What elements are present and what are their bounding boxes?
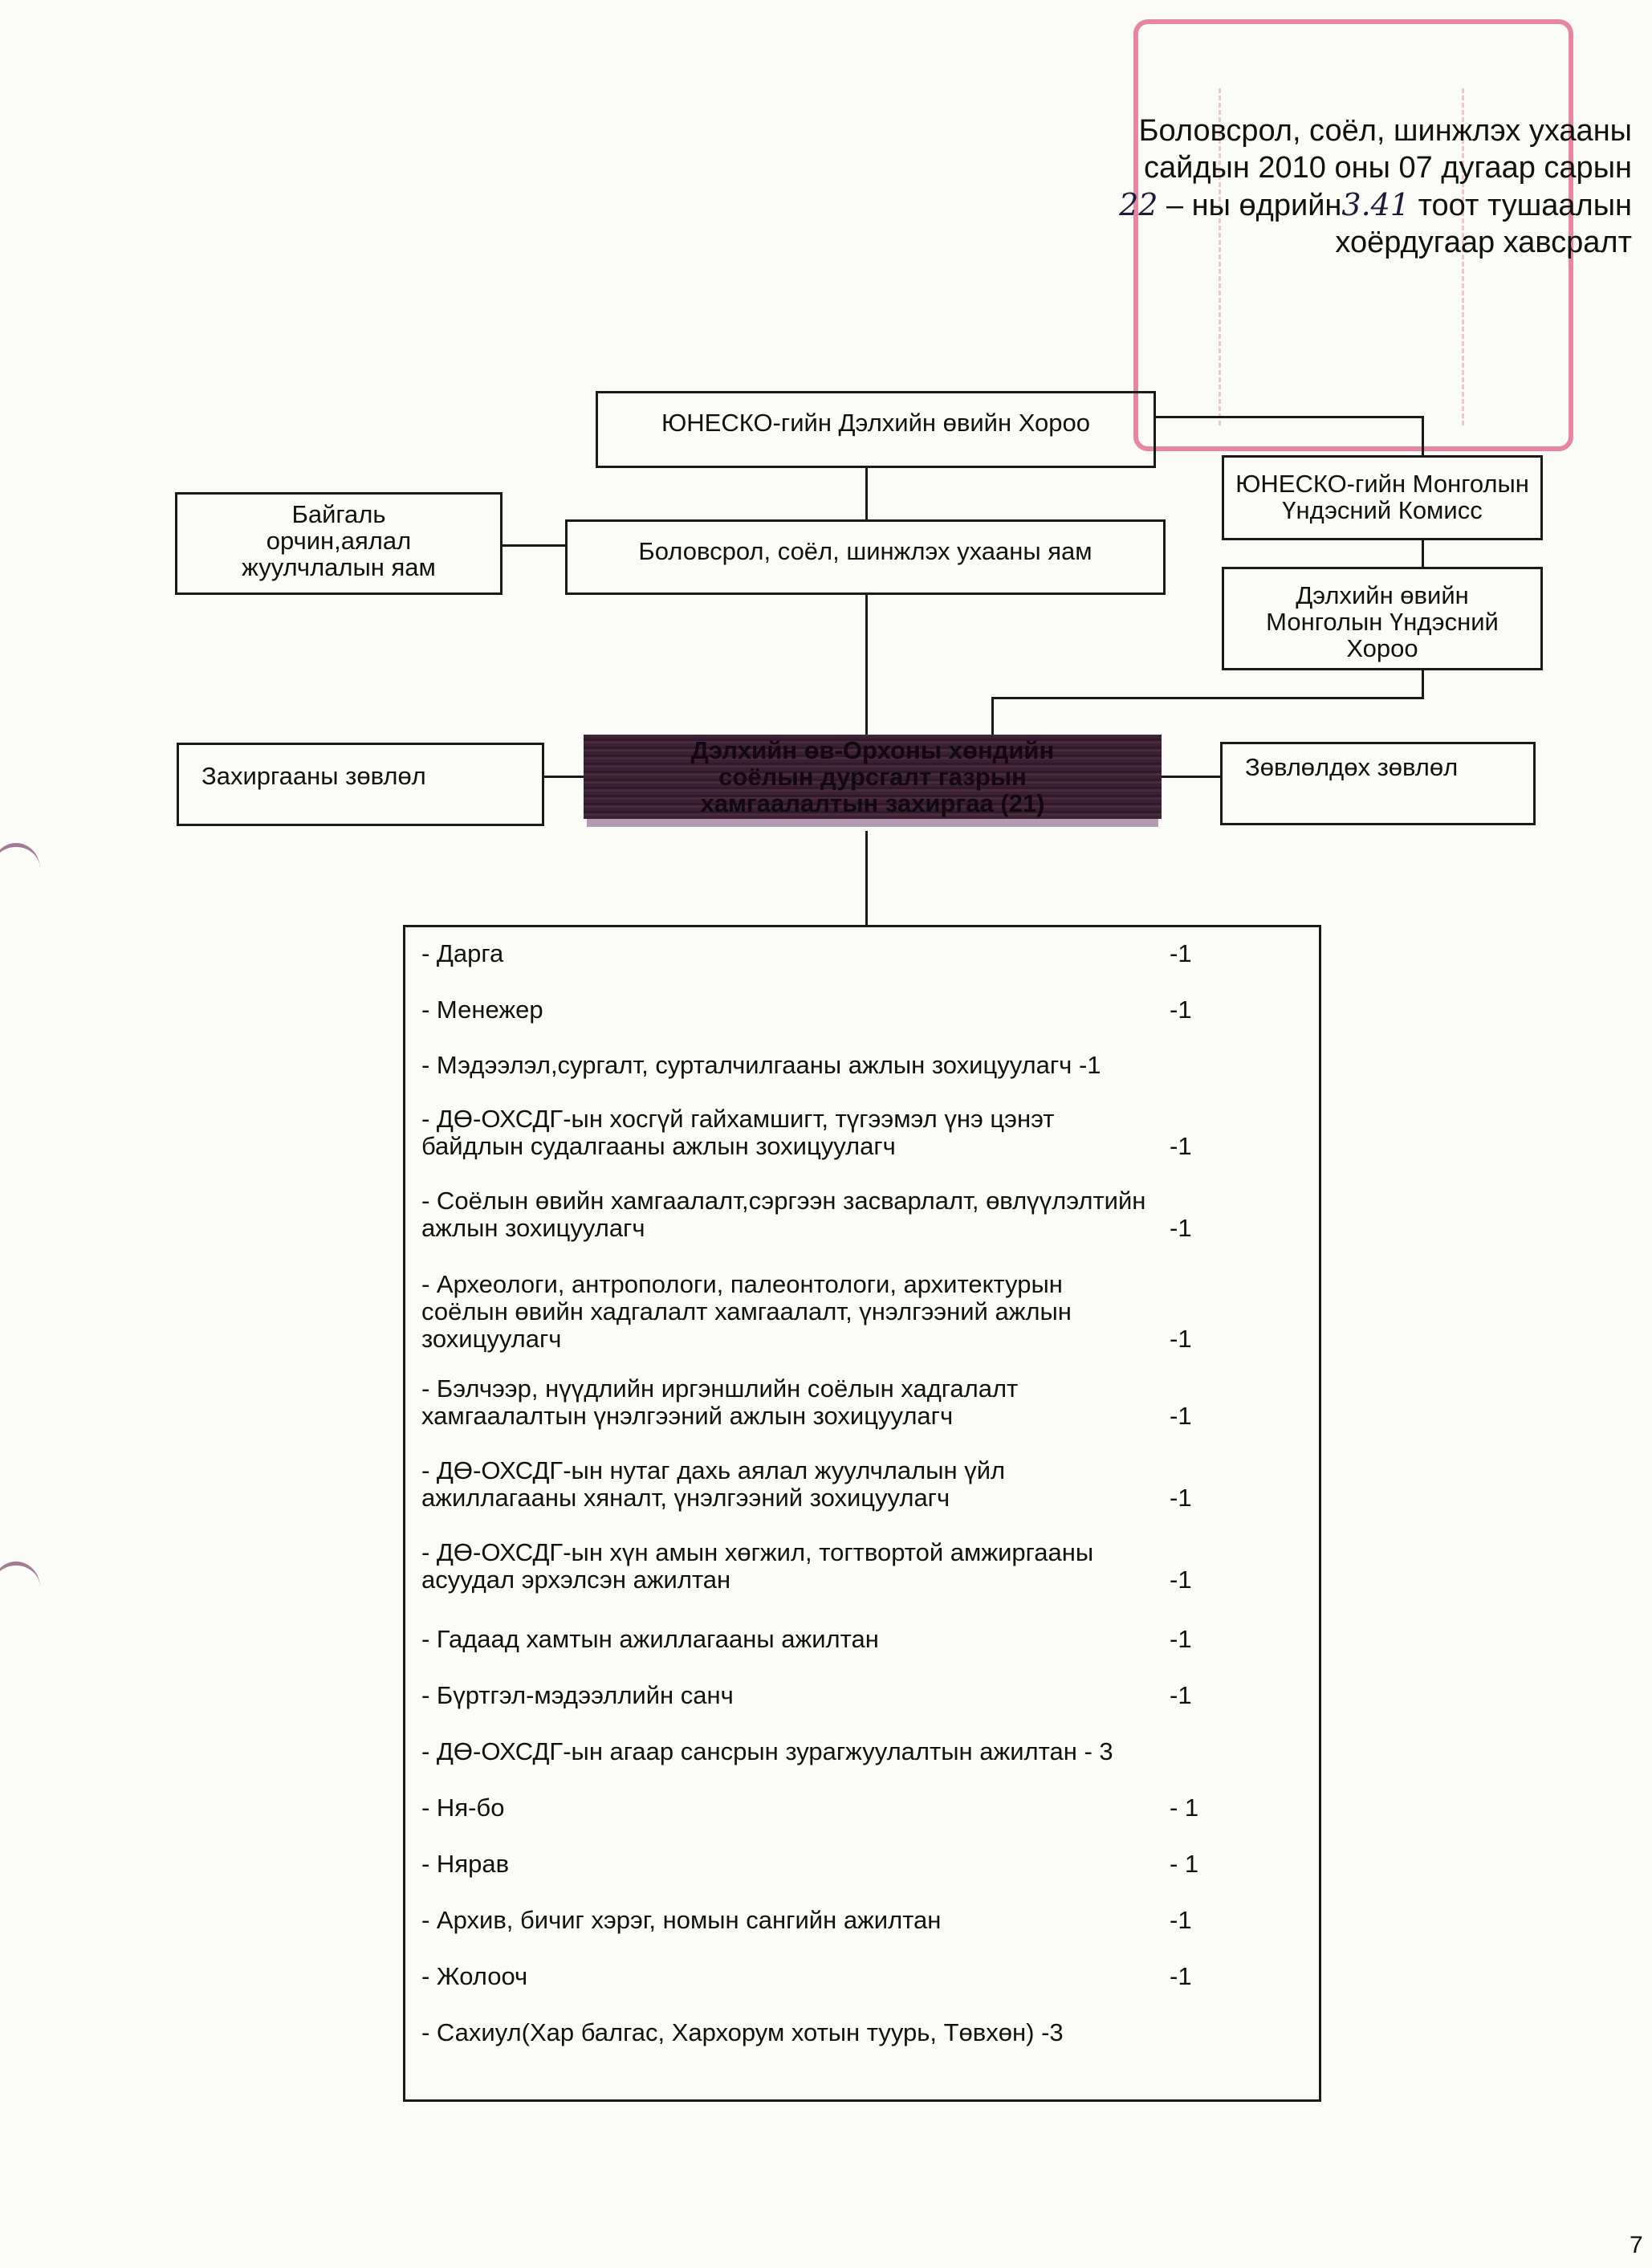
- connector: [991, 697, 1424, 699]
- position-count: -1: [1170, 996, 1192, 1024]
- staff-position: - Нярав- 1: [421, 1851, 1304, 1878]
- position-count: -1: [1170, 1566, 1192, 1594]
- header-line-3: 22 – ны өдрийн3.41 тоот тушаалын: [990, 186, 1632, 224]
- punch-hole: [0, 1562, 40, 1614]
- staff-position: - Менежер-1: [421, 996, 1304, 1024]
- connector: [865, 831, 868, 926]
- position-count: - 1: [1170, 1794, 1198, 1822]
- position-count: -1: [1170, 1682, 1192, 1709]
- page-number: 7: [1630, 2232, 1643, 2259]
- position-count: -1: [1170, 940, 1192, 967]
- header-line-4: хоёрдугаар хавсралт: [990, 224, 1632, 261]
- staff-position: - Бүртгэл-мэдээллийн санч-1: [421, 1682, 1304, 1709]
- staff-position: - Гадаад хамтын ажиллагааны ажилтан-1: [421, 1626, 1304, 1653]
- connector: [865, 468, 868, 519]
- box-advisory-council: Зөвлөлдөх зөвлөл: [1220, 742, 1536, 825]
- punch-hole: [0, 843, 40, 895]
- staff-position: - Дарга-1: [421, 940, 1304, 967]
- box-world-heritage-mongolian-committee: Дэлхийн өвийн Монголын Үндэсний Хороо: [1222, 567, 1543, 670]
- box-unesco-world-heritage-committee: ЮНЕСКО-гийн Дэлхийн өвийн Хороо: [596, 391, 1156, 468]
- connector: [1422, 540, 1424, 567]
- header-line-1: Боловсрол, соёл, шинжлэх ухааны: [990, 112, 1632, 149]
- position-count: -1: [1170, 1484, 1192, 1512]
- position-title: - Сахиул(Хар балгас, Хархорум хотын туур…: [421, 2018, 1034, 2046]
- staff-position: - ДӨ-ОХСДГ-ын агаар сансрын зурагжуулалт…: [421, 1738, 1304, 1765]
- position-title: - Мэдээлэл,сургалт, сурталчилгааны ажлын…: [421, 1051, 1072, 1079]
- position-count: -3: [1041, 2018, 1064, 2046]
- connector: [991, 697, 994, 735]
- connector: [543, 776, 584, 778]
- staff-position: - Соёлын өвийн хамгаалалт,сэргээн засвар…: [421, 1187, 1304, 1242]
- staff-position: - Археологи, антропологи, палеонтологи, …: [421, 1271, 1304, 1353]
- position-count: -1: [1170, 1325, 1192, 1353]
- staff-position: - Ня-бо- 1: [421, 1794, 1304, 1822]
- box-ministry-environment-tourism: Байгаль орчин,аялал жуулчлалын яам: [175, 492, 503, 595]
- position-count: -1: [1170, 1963, 1192, 1990]
- header-line-2: сайдын 2010 оны 07 дугаар сарын: [990, 149, 1632, 186]
- box-unesco-mongolian-commission: ЮНЕСКО-гийн Монголын Үндэсний Комисс: [1222, 455, 1543, 540]
- staff-position: - Сахиул(Хар балгас, Хархорум хотын туур…: [421, 2019, 1304, 2046]
- staff-position: - Бэлчээр, нүүдлийн иргэншлийн соёлын ха…: [421, 1375, 1304, 1430]
- box-ministry-education-culture-science: Боловсрол, соёл, шинжлэх ухааны яам: [565, 519, 1166, 595]
- position-count: -1: [1170, 1907, 1192, 1934]
- box-orkhon-valley-administration: Дэлхийн өв-Орхоны хөндийн соёлын дурсгал…: [584, 735, 1162, 819]
- box-administrative-council: Захиргааны зөвлөл: [177, 743, 544, 826]
- position-count: -1: [1170, 1403, 1192, 1430]
- connector: [502, 544, 566, 547]
- staff-position: - Архив, бичиг хэрэг, номын сангийн ажил…: [421, 1907, 1304, 1934]
- staff-list: - Дарга-1- Менежер-1- Мэдээлэл,сургалт, …: [403, 925, 1321, 2102]
- connector: [1422, 416, 1424, 456]
- position-count: -1: [1170, 1215, 1192, 1242]
- connector: [865, 594, 868, 735]
- position-title: - ДӨ-ОХСДГ-ын агаар сансрын зурагжуулалт…: [421, 1737, 1077, 1765]
- connector: [1162, 776, 1220, 778]
- staff-position: - Жолооч-1: [421, 1963, 1304, 1990]
- connector: [1156, 416, 1424, 418]
- connector: [1422, 670, 1424, 698]
- handwritten-order-number: 3.41: [1341, 187, 1410, 222]
- position-count: -1: [1079, 1051, 1101, 1079]
- position-count: -1: [1170, 1133, 1192, 1160]
- position-count: - 1: [1170, 1851, 1198, 1878]
- staff-position: - ДӨ-ОХСДГ-ын нутаг дахь аялал жуулчлалы…: [421, 1457, 1304, 1512]
- appendix-header: Боловсрол, соёл, шинжлэх ухааны сайдын 2…: [990, 112, 1632, 261]
- staff-position: - Мэдээлэл,сургалт, сурталчилгааны ажлын…: [421, 1052, 1304, 1079]
- position-count: - 3: [1084, 1737, 1113, 1765]
- position-count: -1: [1170, 1626, 1192, 1653]
- staff-position: - ДӨ-ОХСДГ-ын хүн амын хөгжил, тогтворто…: [421, 1539, 1304, 1594]
- staff-position: - ДӨ-ОХСДГ-ын хосгүй гайхамшигт, түгээмэ…: [421, 1105, 1304, 1160]
- handwritten-day: 22: [1119, 187, 1158, 222]
